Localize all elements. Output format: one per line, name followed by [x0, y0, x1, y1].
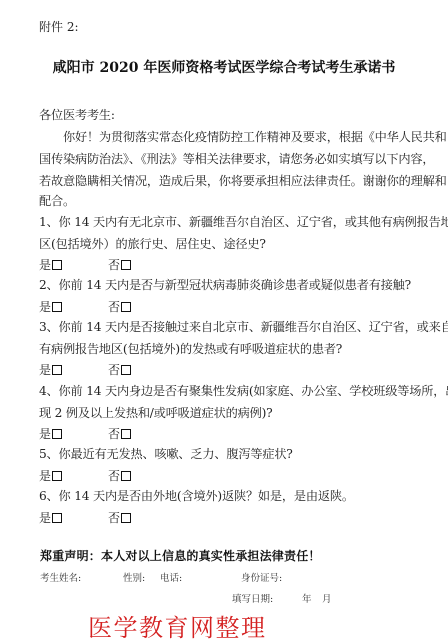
date-field-label: 填写日期:	[232, 591, 273, 605]
question-4-line-1: 4、你前 14 天内身边是否有聚集性发病(如家庭、办公室、学校班级等场所，出	[39, 382, 448, 399]
yes-label: 是	[39, 300, 51, 314]
question-2-yes[interactable]: 是	[39, 298, 62, 315]
declaration: 郑重声明：本人对以上信息的真实性承担法律责任！	[40, 547, 321, 564]
intro-line-3: 若故意隐瞒相关情况，造成后果，你将要承担相应法律责任。谢谢你的理解和	[39, 172, 447, 189]
question-3-yes[interactable]: 是	[39, 361, 62, 378]
checkbox-icon[interactable]	[121, 365, 131, 375]
checkbox-icon[interactable]	[52, 471, 62, 481]
yes-label: 是	[39, 427, 51, 441]
checkbox-icon[interactable]	[121, 260, 131, 270]
intro-line-4: 配合。	[39, 192, 75, 209]
question-4-yes[interactable]: 是	[39, 425, 62, 442]
watermark: 医学教育网整理	[88, 608, 267, 641]
question-3-no[interactable]: 否	[108, 361, 131, 378]
id-number-field-label: 身份证号:	[241, 570, 282, 584]
yes-label: 是	[39, 258, 51, 272]
checkbox-icon[interactable]	[52, 365, 62, 375]
no-label: 否	[108, 258, 120, 272]
month-label: 月	[322, 591, 332, 605]
no-label: 否	[108, 427, 120, 441]
year-label: 年	[302, 591, 312, 605]
question-6-yes[interactable]: 是	[39, 509, 62, 526]
checkbox-icon[interactable]	[121, 302, 131, 312]
yes-label: 是	[39, 511, 51, 525]
yes-label: 是	[39, 469, 51, 483]
question-5-yes[interactable]: 是	[39, 467, 62, 484]
no-label: 否	[108, 363, 120, 377]
checkbox-icon[interactable]	[121, 429, 131, 439]
question-3-line-1: 3、你前 14 天内是否接触过来自北京市、新疆维吾尔自治区、辽宁省，或来自	[39, 318, 448, 335]
checkbox-icon[interactable]	[121, 471, 131, 481]
no-label: 否	[108, 300, 120, 314]
checkbox-icon[interactable]	[52, 260, 62, 270]
question-5-line-1: 5、你最近有无发热、咳嗽、乏力、腹泻等症状?	[39, 445, 293, 462]
yes-label: 是	[39, 363, 51, 377]
question-4-line-2: 现 2 例及以上发热和/或呼吸道症状的病例)?	[39, 404, 273, 421]
question-2-line-1: 2、你前 14 天内是否与新型冠状病毒肺炎确诊患者或疑似患者有接触?	[39, 276, 411, 293]
question-2-no[interactable]: 否	[108, 298, 131, 315]
intro-line-2: 国传染病防治法》、《刑法》等相关法律要求，请您务必如实填写以下内容，	[39, 150, 434, 167]
question-3-line-2: 有病例报告地区(包括境外)的发热或有呼吸道症状的患者?	[39, 340, 342, 357]
attachment-label: 附件 2:	[39, 18, 79, 35]
question-1-line-1: 1、你 14 天内有无北京市、新疆维吾尔自治区、辽宁省，或其他有病例报告地	[39, 213, 448, 230]
question-5-no[interactable]: 否	[108, 467, 131, 484]
phone-field-label: 电话:	[160, 570, 182, 584]
intro-line-1: 你好！为贯彻落实常态化疫情防控工作精神及要求，根据《中华人民共和	[63, 128, 447, 145]
question-4-no[interactable]: 否	[108, 425, 131, 442]
document-title: 咸阳市 2020 年医师资格考试医学综合考试考生承诺书	[0, 57, 448, 77]
checkbox-icon[interactable]	[52, 302, 62, 312]
checkbox-icon[interactable]	[52, 513, 62, 523]
gender-field-label: 性别:	[123, 570, 145, 584]
question-1-line-2: 区(包括境外）的旅行史、居住史、途径史?	[39, 235, 266, 252]
checkbox-icon[interactable]	[121, 513, 131, 523]
no-label: 否	[108, 511, 120, 525]
question-1-yes[interactable]: 是	[39, 256, 62, 273]
no-label: 否	[108, 469, 120, 483]
question-1-no[interactable]: 否	[108, 256, 131, 273]
question-6-line-1: 6、你 14 天内是否由外地(含境外)返陕？如是，是由返陕。	[39, 487, 354, 504]
question-6-no[interactable]: 否	[108, 509, 131, 526]
checkbox-icon[interactable]	[52, 429, 62, 439]
name-field-label: 考生姓名:	[40, 570, 81, 584]
salutation: 各位医考考生:	[39, 106, 115, 123]
